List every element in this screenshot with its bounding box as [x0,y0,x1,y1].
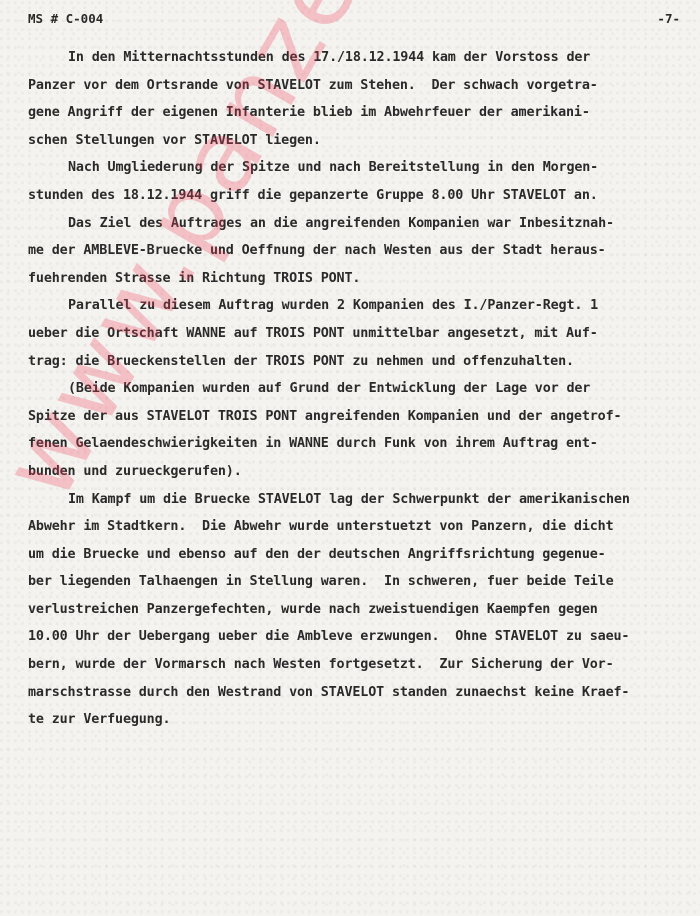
text-line: Panzer vor dem Ortsrande von STAVELOT zu… [28,72,678,100]
text-line: 10.00 Uhr der Uebergang ueber die Amblev… [28,623,678,651]
text-line: fuehrenden Strasse in Richtung TROIS PON… [28,265,678,293]
text-line: te zur Verfuegung. [28,706,678,734]
text-line: trag: die Brueckenstellen der TROIS PONT… [28,348,678,376]
text-line: um die Bruecke und ebenso auf den der de… [28,541,678,569]
text-line: Abwehr im Stadtkern. Die Abwehr wurde un… [28,513,678,541]
document-page: MS # C-004 -7- In den Mitternachtsstunde… [0,0,700,916]
text-line: marschstrasse durch den Westrand von STA… [28,679,678,707]
document-id: MS # C-004 [28,11,103,26]
text-line: fenen Gelaendeschwierigkeiten in WANNE d… [28,430,678,458]
paragraph-first-line: Im Kampf um die Bruecke STAVELOT lag der… [28,486,678,514]
page-header: MS # C-004 -7- [28,11,680,26]
document-body: In den Mitternachtsstunden des 17./18.12… [28,44,678,734]
paragraph-first-line: In den Mitternachtsstunden des 17./18.12… [28,44,678,72]
paragraph-first-line: Parallel zu diesem Auftrag wurden 2 Komp… [28,292,678,320]
paragraph-first-line: (Beide Kompanien wurden auf Grund der En… [28,375,678,403]
text-line: me der AMBLEVE-Bruecke und Oeffnung der … [28,237,678,265]
text-line: verlustreichen Panzergefechten, wurde na… [28,596,678,624]
paragraph-first-line: Nach Umgliederung der Spitze und nach Be… [28,154,678,182]
text-line: ueber die Ortschaft WANNE auf TROIS PONT… [28,320,678,348]
text-line: bern, wurde der Vormarsch nach Westen fo… [28,651,678,679]
text-line: stunden des 18.12.1944 griff die gepanze… [28,182,678,210]
text-line: schen Stellungen vor STAVELOT liegen. [28,127,678,155]
text-line: ber liegenden Talhaengen in Stellung war… [28,568,678,596]
text-line: gene Angriff der eigenen Infanterie blie… [28,99,678,127]
page-number: -7- [657,11,680,26]
text-line: Spitze der aus STAVELOT TROIS PONT angre… [28,403,678,431]
text-line: bunden und zurueckgerufen). [28,458,678,486]
paragraph-first-line: Das Ziel des Auftrages an die angreifend… [28,210,678,238]
